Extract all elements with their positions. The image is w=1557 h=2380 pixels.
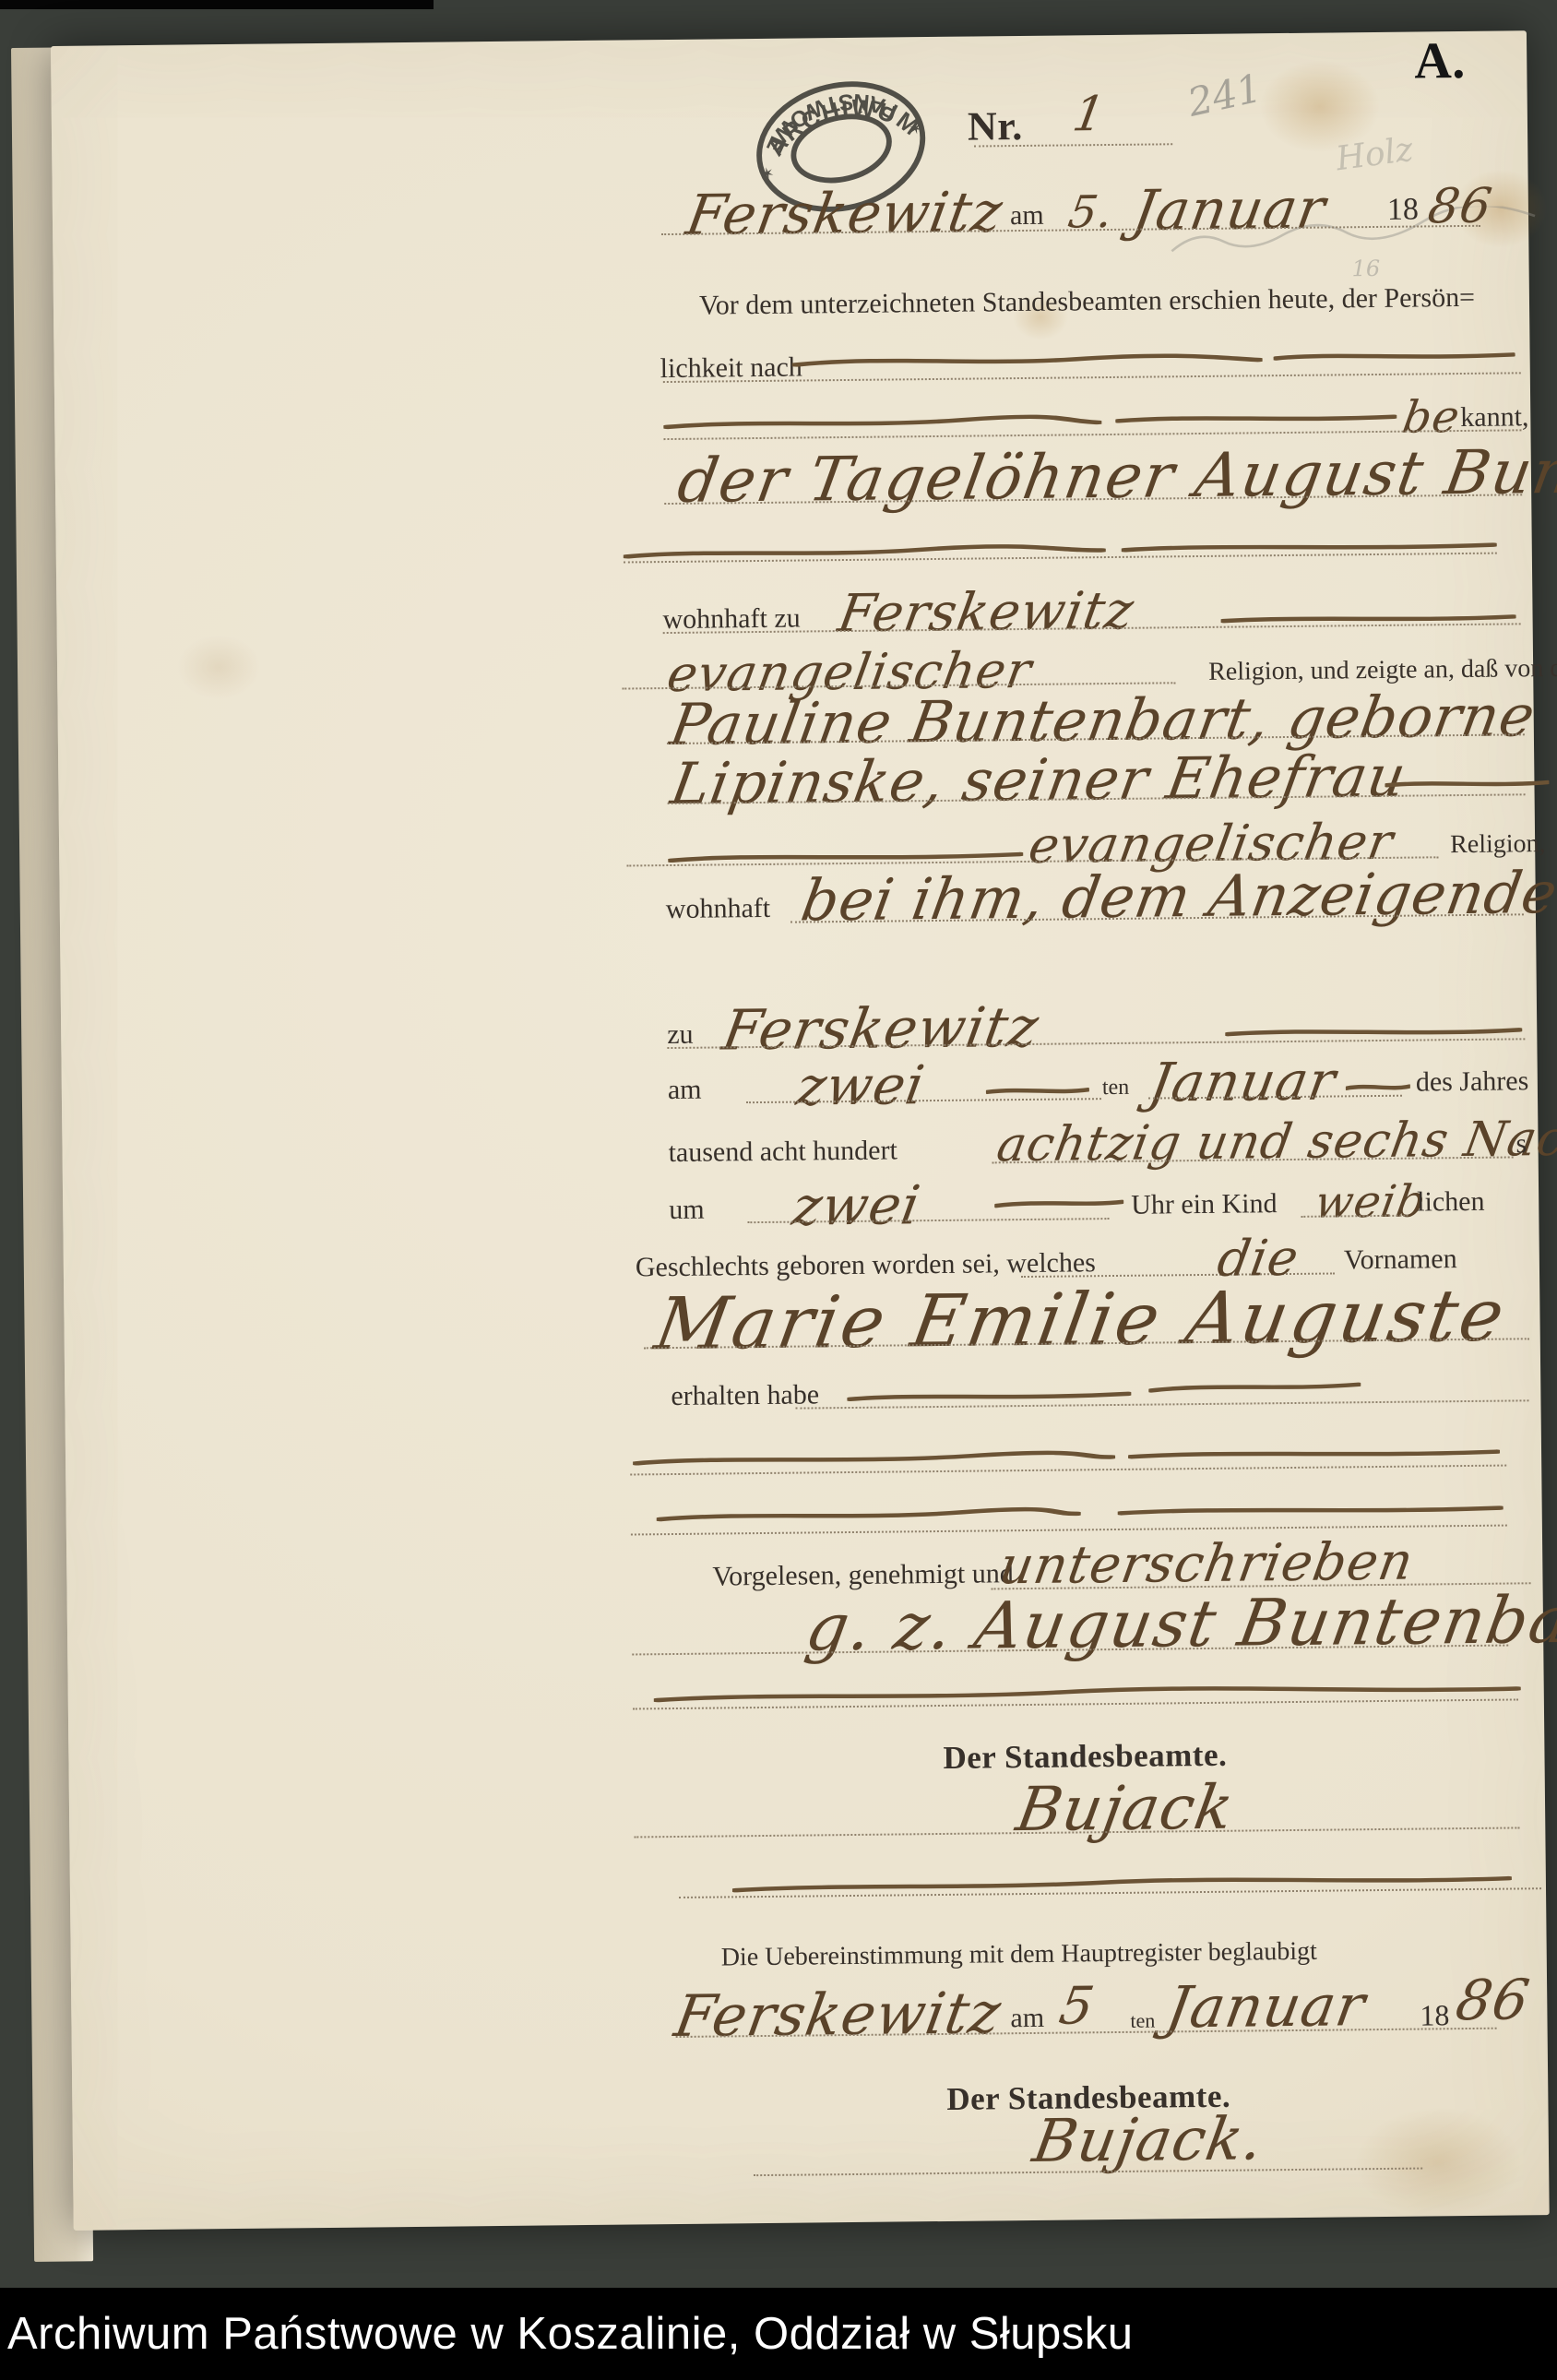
s-suffix-printed: s <box>1515 1128 1527 1160</box>
ink-dash <box>994 1196 1123 1209</box>
ink-strikethrough <box>1128 1446 1500 1462</box>
lichen-printed: lichen <box>1417 1186 1485 1219</box>
certification-year-written: 86 <box>1451 1968 1534 2033</box>
wohnhaft-printed: wohnhaft <box>666 893 771 925</box>
scan-edge-black <box>0 0 434 9</box>
ink-strikethrough <box>1274 348 1515 363</box>
ink-strikethrough <box>633 1449 1115 1467</box>
paper-stain <box>1354 2106 1521 2219</box>
geschlechts-printed: Geschlechts geboren worden sei, welches <box>636 1247 1096 1283</box>
year-words-written: achtzig und sechs Nachmittag <box>993 1110 1557 1173</box>
birth-hour-written: zwei <box>789 1173 925 1238</box>
child-name-written: Marie Emilie Auguste <box>649 1274 1512 1366</box>
dotted-rule <box>974 141 1172 147</box>
certification-day: 5 <box>1055 1976 1099 2037</box>
ink-strikethrough <box>1115 411 1397 426</box>
pencil-small-number: 16 <box>1351 256 1380 281</box>
certification-signature: Bujack. <box>1028 2105 1268 2176</box>
record-number-value: 1 <box>1069 87 1110 142</box>
birth-month-written: Januar <box>1145 1049 1340 1113</box>
am-printed: am <box>668 1075 702 1106</box>
des-jahres-printed: des Jahres <box>1416 1065 1529 1098</box>
vornamen-printed: Vornamen <box>1344 1244 1457 1276</box>
be-written: be <box>1399 391 1464 444</box>
dateline-place: Ferskewitz <box>682 180 1007 248</box>
paper-stain <box>177 635 261 700</box>
birth-place-written: Ferskewitz <box>718 995 1043 1064</box>
ink-strikethrough <box>657 1505 1081 1523</box>
archive-caption-text: Archiwum Państwowe w Koszalinie, Oddział… <box>7 2308 1134 2360</box>
scan-backdrop: ARCHIWUM PAŃSTWOWE ✶ ✶ Nr. 1 241 A. Holz… <box>0 0 1557 2380</box>
ink-strikethrough <box>1148 1379 1361 1394</box>
declarant-signature: g. z. August Buntenbart <box>801 1581 1557 1665</box>
pencil-number: 241 <box>1183 65 1266 125</box>
archive-caption-bar: Archiwum Państwowe w Koszalinie, Oddział… <box>0 2288 1557 2380</box>
gender-written: weib <box>1312 1175 1431 1228</box>
registrar-signature: Bujack <box>1012 1772 1240 1846</box>
ink-dash <box>1385 776 1549 791</box>
residence-written: Ferskewitz <box>834 581 1138 644</box>
ink-strikethrough <box>1118 1502 1504 1518</box>
religion2-printed: Religion, <box>1450 829 1546 860</box>
pencil-note: Holz <box>1334 131 1415 179</box>
dateline-year-printed: 18 <box>1387 192 1419 227</box>
mother-residence-written: bei ihm, dem Anzeigenden <box>797 858 1557 934</box>
mother-name-line2: Lipinske, seiner Ehefrau <box>666 743 1411 817</box>
uhr-ein-kind-printed: Uhr ein Kind <box>1131 1188 1278 1221</box>
intro-line1: Vor dem unterzeichneten Standesbeamten e… <box>699 282 1475 322</box>
ink-dash <box>1346 1080 1410 1094</box>
certification-place: Ferskewitz <box>670 1979 1006 2050</box>
registrar-title: Der Standesbeamte. <box>943 1737 1227 1777</box>
ink-dash <box>986 1083 1089 1097</box>
ten-printed: ten <box>1102 1076 1130 1101</box>
document-page: ARCHIWUM PAŃSTWOWE ✶ ✶ Nr. 1 241 A. Holz… <box>51 30 1550 2231</box>
ink-strikethrough <box>792 351 1263 368</box>
dateline-month: Januar <box>1128 176 1330 243</box>
birth-day-written: zwei <box>792 1053 929 1118</box>
declarant-name: der Tagelöhner August Buntenbart <box>673 434 1557 517</box>
ink-strikethrough <box>847 1387 1131 1403</box>
ink-strikethrough <box>663 413 1101 431</box>
certification-line: Die Uebereinstimmung mit dem Hauptregist… <box>721 1937 1317 1973</box>
stamp-star-left-icon: ✶ <box>759 163 777 184</box>
corner-letter: A. <box>1414 31 1466 91</box>
tausend-printed: tausend acht hundert <box>668 1135 897 1169</box>
um-printed: um <box>669 1195 705 1226</box>
